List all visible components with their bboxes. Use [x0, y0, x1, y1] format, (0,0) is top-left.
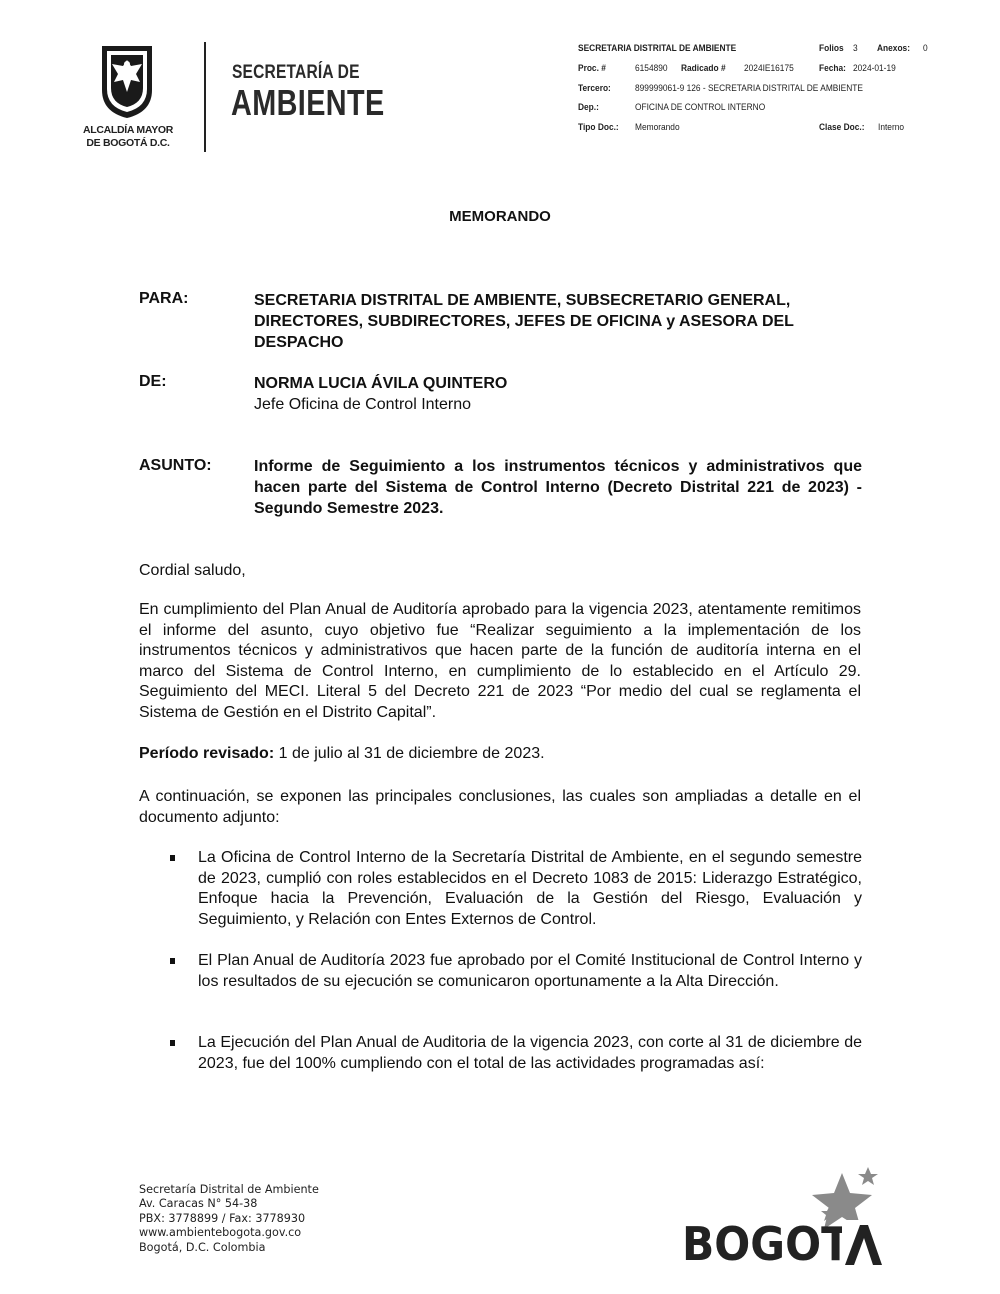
bullet-icon	[170, 958, 175, 964]
de-name: NORMA LUCIA ÁVILA QUINTERO	[254, 373, 862, 394]
alcaldia-logo-text: ALCALDÍA MAYOR DE BOGOTÁ D.C.	[80, 124, 176, 150]
svg-text:BOGOT: BOGOT	[682, 1217, 851, 1270]
footer-address: Secretaría Distrital de Ambiente Av. Car…	[139, 1183, 319, 1255]
alcaldia-line1: ALCALDÍA MAYOR	[80, 124, 176, 137]
proc-value: 6154890	[635, 63, 668, 74]
tipo-value: Memorando	[635, 122, 680, 133]
para-label: PARA:	[139, 290, 188, 308]
footer-line: Av. Caracas N° 54-38	[139, 1197, 319, 1211]
bullet-icon	[170, 855, 175, 861]
anexos-value: 0	[923, 43, 928, 54]
bogota-coat-of-arms-icon	[98, 42, 156, 120]
periodo-value: 1 de julio al 31 de diciembre de 2023.	[274, 745, 544, 762]
para-value: SECRETARIA DISTRITAL DE AMBIENTE, SUBSEC…	[254, 290, 862, 353]
list-item: La Ejecución del Plan Anual de Auditoria…	[168, 1033, 862, 1074]
intro-paragraph: En cumplimiento del Plan Anual de Audito…	[139, 600, 861, 724]
conclusions-intro: A continuación, se exponen las principal…	[139, 787, 861, 828]
de-label: DE:	[139, 373, 167, 391]
secretaria-logo-line1: SECRETARÍA DE	[232, 62, 360, 84]
periodo-line: Período revisado: 1 de julio al 31 de di…	[139, 744, 861, 765]
clase-label: Clase Doc.:	[819, 122, 865, 133]
footer-line: Bogotá, D.C. Colombia	[139, 1241, 319, 1255]
radicado-label: Radicado #	[681, 63, 726, 74]
clase-value: Interno	[878, 122, 904, 133]
radicado-value: 2024IE16175	[744, 63, 794, 74]
tercero-value: 899999061-9 126 - SECRETARIA DISTRITAL D…	[635, 83, 863, 94]
bogota-brand-logo-icon: BOGOT	[682, 1165, 882, 1270]
proc-label: Proc. #	[578, 63, 606, 74]
greeting: Cordial saludo,	[139, 561, 861, 582]
tercero-label: Tercero:	[578, 83, 611, 94]
periodo-label: Período revisado:	[139, 745, 274, 762]
folios-value: 3	[853, 43, 858, 54]
logo-divider	[204, 42, 206, 152]
alcaldia-line2: DE BOGOTÁ D.C.	[80, 137, 176, 150]
footer-line[interactable]: www.ambientebogota.gov.co	[139, 1226, 319, 1240]
list-item: La Oficina de Control Interno de la Secr…	[168, 848, 862, 930]
asunto-label: ASUNTO:	[139, 457, 212, 475]
fecha-value: 2024-01-19	[853, 63, 896, 74]
asunto-value: Informe de Seguimiento a los instrumento…	[254, 456, 862, 519]
list-item-text: La Oficina de Control Interno de la Secr…	[198, 848, 862, 930]
memo-title: MEMORANDO	[0, 208, 1000, 225]
list-item-text: El Plan Anual de Auditoría 2023 fue apro…	[198, 951, 862, 992]
fecha-label: Fecha:	[819, 63, 846, 74]
footer-line: PBX: 3778899 / Fax: 3778930	[139, 1212, 319, 1226]
list-item-text: La Ejecución del Plan Anual de Auditoria…	[198, 1033, 862, 1074]
de-role: Jefe Oficina de Control Interno	[254, 394, 862, 415]
dep-label: Dep.:	[578, 102, 599, 113]
tipo-label: Tipo Doc.:	[578, 122, 619, 133]
anexos-label: Anexos:	[877, 43, 910, 54]
secretaria-logo-line2: AMBIENTE	[231, 82, 385, 124]
radicado-entity: SECRETARIA DISTRITAL DE AMBIENTE	[578, 43, 736, 54]
list-item: El Plan Anual de Auditoría 2023 fue apro…	[168, 951, 862, 992]
dep-value: OFICINA DE CONTROL INTERNO	[635, 102, 765, 113]
bullet-icon	[170, 1040, 175, 1046]
folios-label: Folios	[819, 43, 844, 54]
footer-line: Secretaría Distrital de Ambiente	[139, 1183, 319, 1197]
